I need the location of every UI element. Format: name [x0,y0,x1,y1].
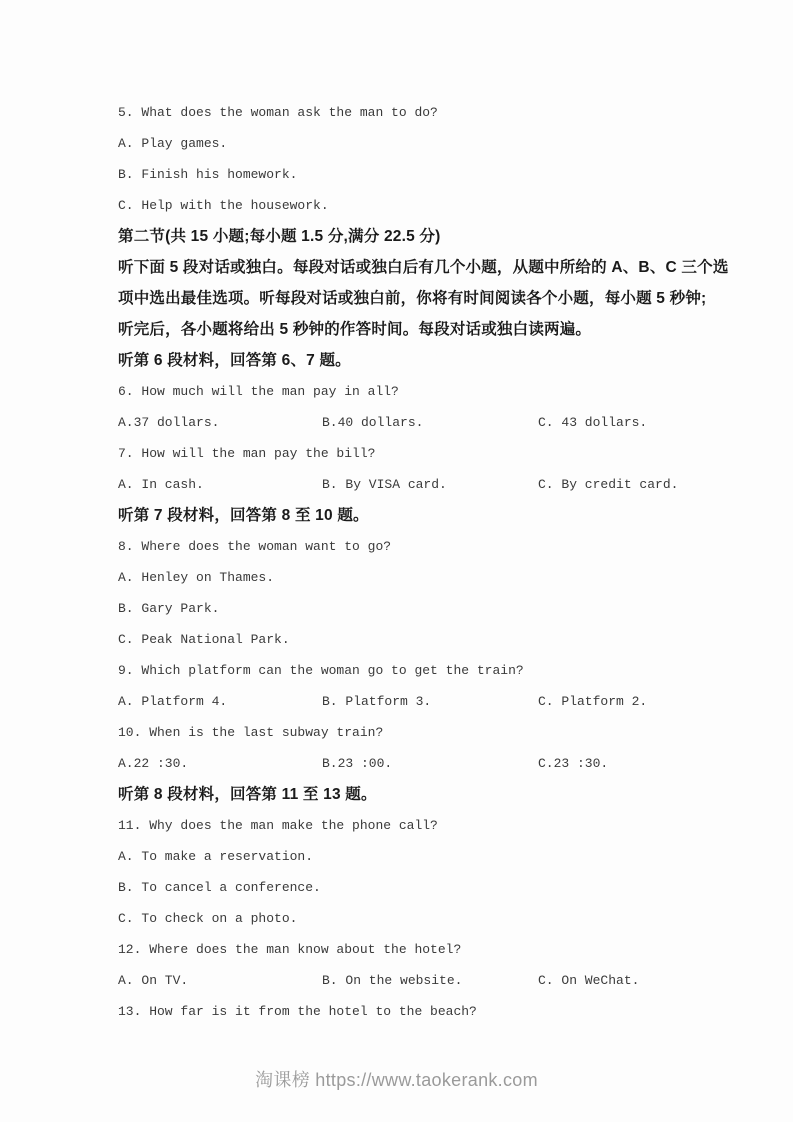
section-2-header: 第二节(共 15 小题;每小题 1.5 分,满分 22.5 分) [118,221,675,252]
question-10-option-c: C.23 :30. [538,748,675,779]
question-10-options-row: A.22 :30. B.23 :00. C.23 :30. [118,748,675,779]
question-7-options-row: A. In cash. B. By VISA card. C. By credi… [118,469,675,500]
question-13: 13. How far is it from the hotel to the … [118,996,675,1027]
question-5-option-a: A. Play games. [118,128,675,159]
question-9-option-b: B. Platform 3. [322,686,538,717]
question-12-option-b: B. On the website. [322,965,538,996]
question-7-option-b: B. By VISA card. [322,469,538,500]
instructions-line-3: 听完后，各小题将给出 5 秒钟的作答时间。每段对话或独白读两遍。 [118,314,675,345]
question-5-option-c: C. Help with the housework. [118,190,675,221]
question-8-option-b: B. Gary Park. [118,593,675,624]
question-6-option-b: B.40 dollars. [322,407,538,438]
question-6-options-row: A.37 dollars. B.40 dollars. C. 43 dollar… [118,407,675,438]
question-11-option-c: C. To check on a photo. [118,903,675,934]
question-8-option-a: A. Henley on Thames. [118,562,675,593]
question-9-option-a: A. Platform 4. [118,686,322,717]
question-10-option-a: A.22 :30. [118,748,322,779]
question-11-option-b: B. To cancel a conference. [118,872,675,903]
question-12: 12. Where does the man know about the ho… [118,934,675,965]
question-10-option-b: B.23 :00. [322,748,538,779]
question-7: 7. How will the man pay the bill? [118,438,675,469]
question-12-option-c: C. On WeChat. [538,965,675,996]
question-11-option-a: A. To make a reservation. [118,841,675,872]
question-12-option-a: A. On TV. [118,965,322,996]
question-11: 11. Why does the man make the phone call… [118,810,675,841]
question-6-option-c: C. 43 dollars. [538,407,675,438]
question-8-option-c: C. Peak National Park. [118,624,675,655]
question-9: 9. Which platform can the woman go to ge… [118,655,675,686]
question-8: 8. Where does the woman want to go? [118,531,675,562]
question-7-option-c: C. By credit card. [538,469,678,500]
material-8-header: 听第 8 段材料，回答第 11 至 13 题。 [118,779,675,810]
question-5-option-b: B. Finish his homework. [118,159,675,190]
question-9-options-row: A. Platform 4. B. Platform 3. C. Platfor… [118,686,675,717]
instructions-line-1: 听下面 5 段对话或独白。每段对话或独白后有几个小题，从题中所给的 A、B、C … [118,252,675,283]
exam-page: 5. What does the woman ask the man to do… [0,0,793,1122]
question-12-options-row: A. On TV. B. On the website. C. On WeCha… [118,965,675,996]
question-10: 10. When is the last subway train? [118,717,675,748]
question-6-option-a: A.37 dollars. [118,407,322,438]
question-6: 6. How much will the man pay in all? [118,376,675,407]
question-9-option-c: C. Platform 2. [538,686,675,717]
instructions-line-2: 项中选出最佳选项。听每段对话或独白前，你将有时间阅读各个小题，每小题 5 秒钟; [118,283,675,314]
footer-watermark: 淘课榜 https://www.taokerank.com [0,1066,793,1094]
question-7-option-a: A. In cash. [118,469,322,500]
material-7-header: 听第 7 段材料，回答第 8 至 10 题。 [118,500,675,531]
question-5: 5. What does the woman ask the man to do… [118,97,675,128]
material-6-header: 听第 6 段材料，回答第 6、7 题。 [118,345,675,376]
exam-content: 5. What does the woman ask the man to do… [118,97,675,1027]
